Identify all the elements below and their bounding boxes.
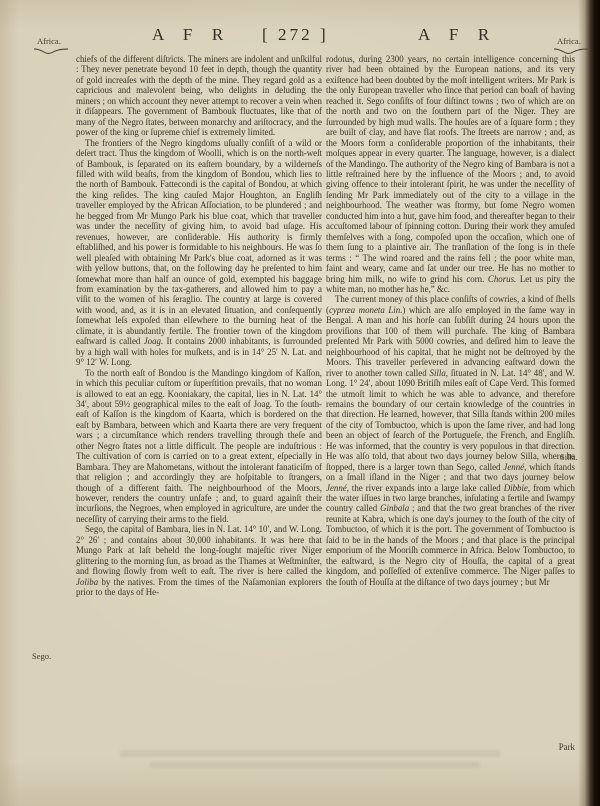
- header-right-title: A F R: [418, 25, 497, 45]
- paragraph: rodotus, during 2300 years, no certain i…: [326, 54, 575, 294]
- text-column-left: chiefs of the different diſtricts. The m…: [76, 54, 322, 598]
- header-left-title: A F R: [152, 25, 231, 45]
- brace-squiggle-icon: [33, 46, 69, 55]
- margin-note-africa-left: Africa.: [37, 36, 61, 46]
- paragraph: The current money of this place conſiſts…: [326, 294, 575, 587]
- show-through-ghost: [120, 750, 500, 757]
- paragraph: chiefs of the different diſtricts. The m…: [76, 54, 322, 138]
- show-through-ghost: [150, 762, 480, 768]
- paragraph: The frontiers of the Negro kingdoms uſua…: [76, 138, 322, 368]
- paragraph: To the north eaſt of Bondou is the Mandi…: [76, 368, 322, 525]
- text-column-right: rodotus, during 2300 years, no certain i…: [326, 54, 575, 587]
- page-edge-shadow: [578, 0, 600, 806]
- page-number: [ 272 ]: [262, 25, 329, 45]
- paragraph: Sego, the capital of Bambara, lies in N.…: [76, 524, 322, 597]
- margin-note-sego: Sego.: [32, 651, 51, 661]
- book-page: A F R [ 272 ] A F R Africa. Africa. Sego…: [0, 0, 600, 806]
